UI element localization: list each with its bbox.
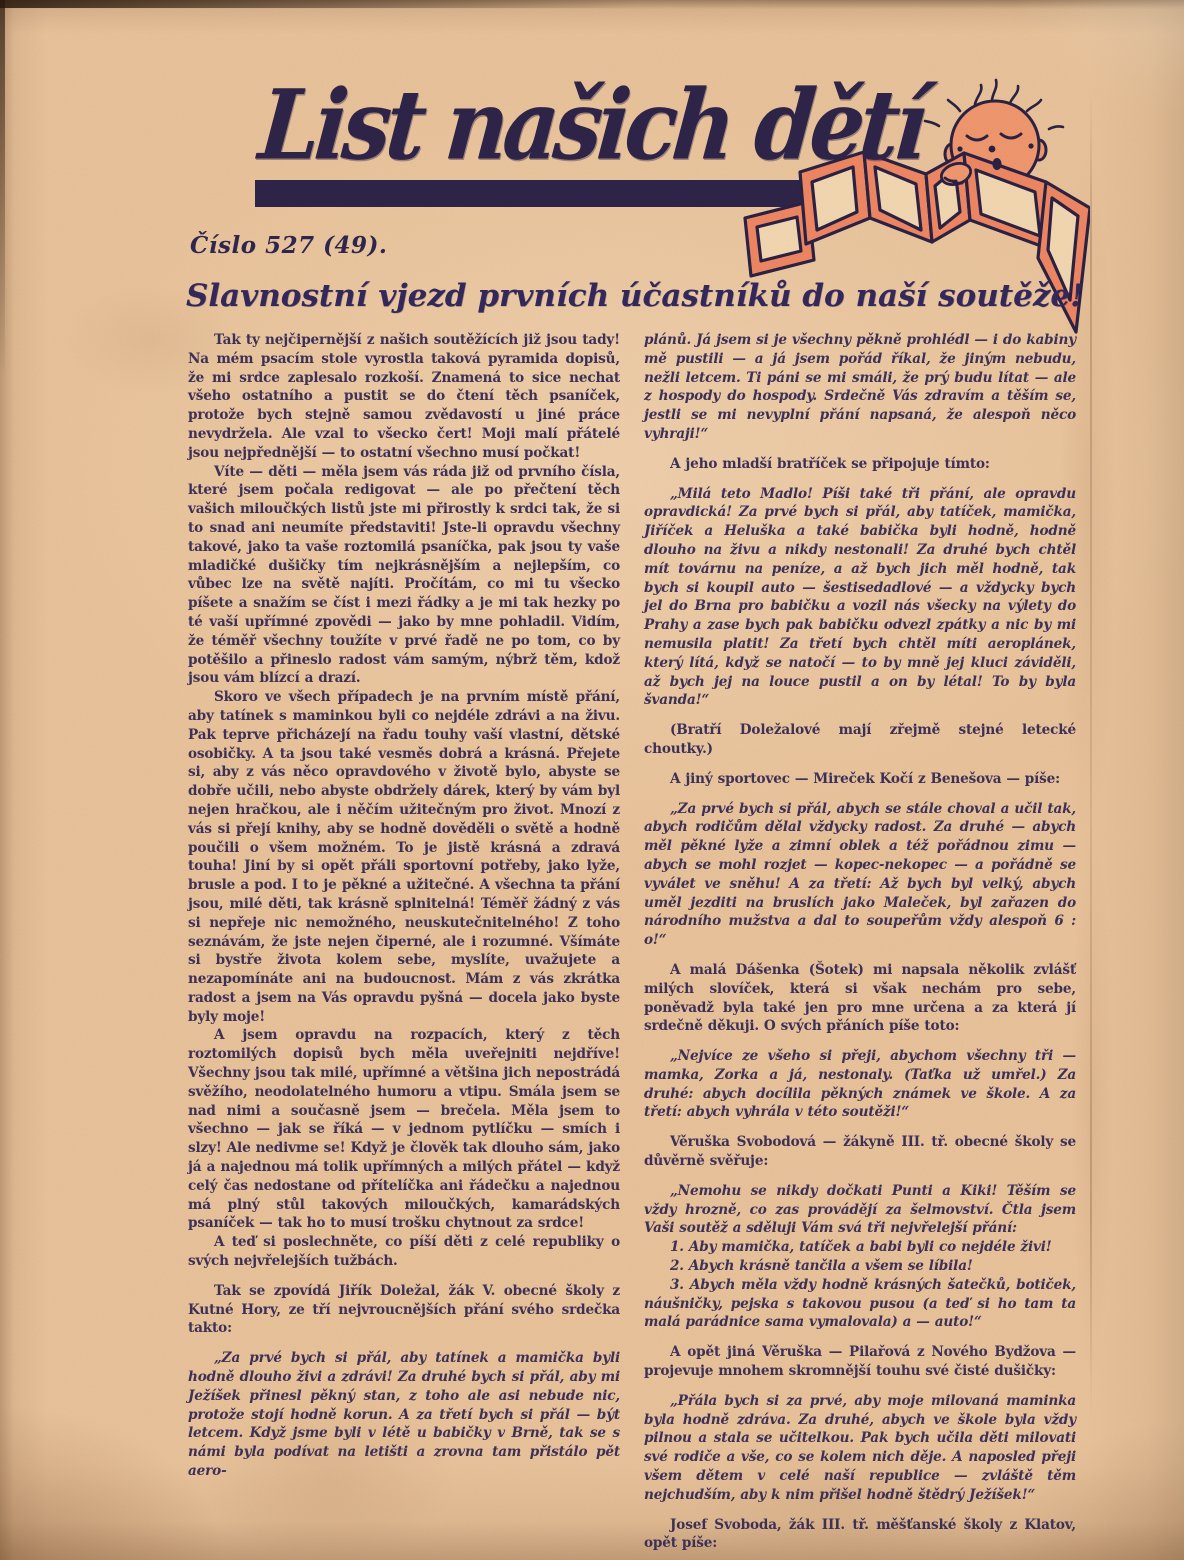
paragraph-intro: Věruška Svobodová — žákyně III. tř. obec…: [644, 1133, 1076, 1171]
paragraph-quote: „Za prvé bych si přál, abych se stále ch…: [644, 800, 1076, 950]
paragraph-list: 2. Abych krásně tančila a všem se líbila…: [644, 1257, 1076, 1276]
article-body: Tak ty nejčipernější z našich soutěžícíc…: [188, 331, 1076, 1553]
paper-crease: [1090, 90, 1092, 1420]
paragraph-quote: „Milá teto Madlo! Píši také tři přání, a…: [644, 485, 1076, 711]
issue-number: Číslo 527 (49).: [190, 232, 387, 259]
scanned-newspaper-page: { "masthead": { "title": "List našich dě…: [0, 0, 1184, 1560]
paragraph-quote: „Za prvé bych si přál, aby tatínek a mam…: [188, 1349, 620, 1481]
paragraph-quote: „Přála bych si za prvé, aby moje milovan…: [644, 1392, 1076, 1505]
paper-top-edge-shadow: [0, 0, 640, 8]
paragraph-intro: A opět jiná Věruška — Pilařová z Nového …: [644, 1343, 1076, 1381]
paragraph-body: Víte — děti — měla jsem vás ráda již od …: [188, 463, 620, 689]
paragraph-quotehead: „Nemohu se nikdy dočkati Punti a Kiki! T…: [644, 1182, 1076, 1238]
paragraph-list: 1. Aby mamička, tatíček a babi byli co n…: [644, 1238, 1076, 1257]
paragraph-body: Tak ty nejčipernější z našich soutěžícíc…: [188, 331, 620, 463]
paragraph-body: A teď si poslechněte, co píší děti z cel…: [188, 1233, 620, 1271]
headline: Slavnostní vjezd prvních účastníků do na…: [186, 278, 1074, 314]
paragraph-list: 3. Abych měla vždy hodně krásných šatečk…: [644, 1276, 1076, 1332]
paragraph-intro: Tak se zpovídá Jiřík Doležal, žák V. obe…: [188, 1282, 620, 1338]
paragraph-body: Skoro ve všech případech je na prvním mí…: [188, 688, 620, 1026]
paragraph-intro: A malá Dášenka (Šotek) mi napsala několi…: [644, 961, 1076, 1036]
paragraph-quotecont: plánů. Já jsem si je všechny pěkně prohl…: [644, 331, 1076, 444]
paragraph-body: A jsem opravdu na rozpacích, který z těc…: [188, 1026, 620, 1233]
column-right: plánů. Já jsem si je všechny pěkně prohl…: [644, 331, 1076, 1553]
paragraph-intro: Josef Svoboda, žák III. tř. měšťanské šk…: [644, 1516, 1076, 1554]
paragraph-intro: (Bratří Doležalové mají zřejmě stejné le…: [644, 721, 1076, 759]
column-left: Tak ty nejčipernější z našich soutěžícíc…: [188, 331, 620, 1553]
masthead-title: List našich dětí: [256, 78, 927, 174]
paragraph-quote: „Nejvíce ze všeho si přeji, abychom všec…: [644, 1047, 1076, 1122]
paragraph-intro: A jiný sportovec — Mireček Kočí z Benešo…: [644, 770, 1076, 789]
paragraph-intro: A jeho mladší bratříček se připojuje tím…: [644, 455, 1076, 474]
paper-left-edge-shadow: [0, 0, 5, 420]
